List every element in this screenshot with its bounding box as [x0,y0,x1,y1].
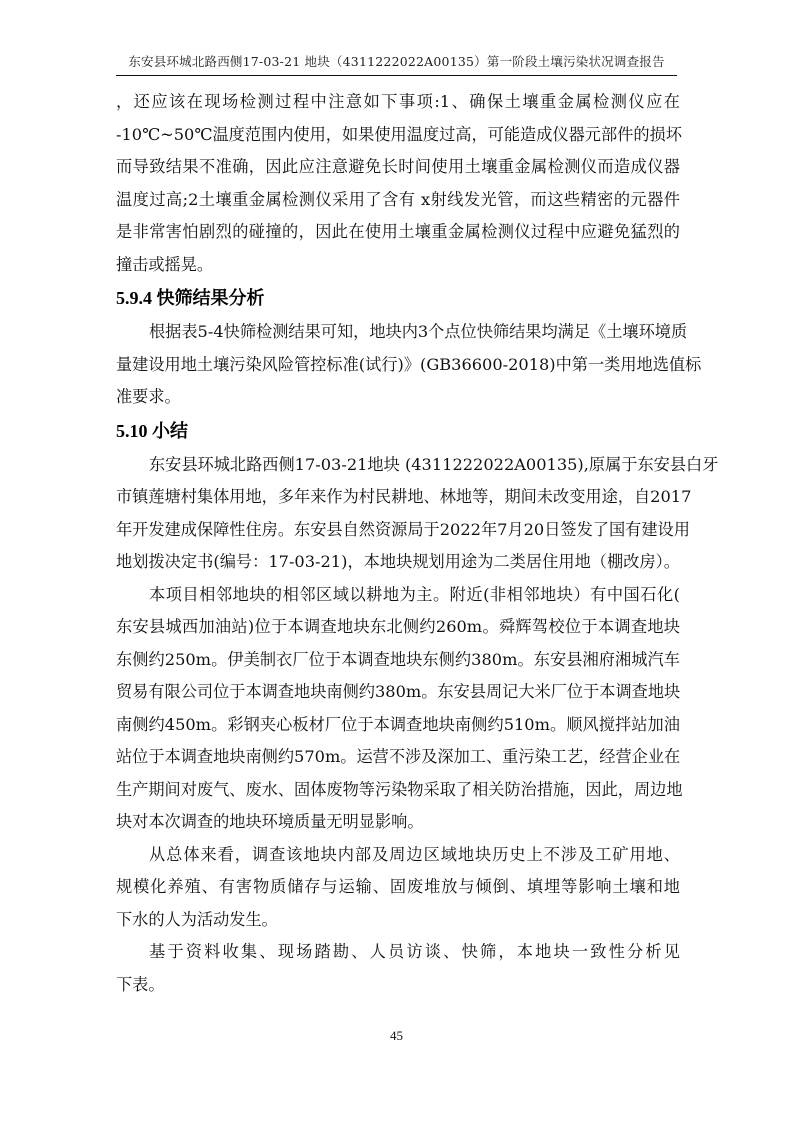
text-line: 规模化养殖、有害物质储存与运输、固废堆放与倾倒、填埋等影响土壤和地 [116,871,680,904]
running-header: 东安县环城北路西侧17-03-21 地块（4311222022A00135）第一… [116,52,677,70]
section-heading-5-10: 5.10 小结 [116,414,680,449]
text-line: 东侧约250m。伊美制衣厂位于本调查地块东侧约380m。东安县湘府湘城汽车 [116,644,680,677]
text-line: 本项目相邻地块的相邻区域以耕地为主。附近(非相邻地块）有中国石化( [116,579,680,612]
text-line: 是非常害怕剧烈的碰撞的，因此在使用土壤重金属检测仪过程中应避免猛烈的 [116,216,680,249]
quick-screen-paragraph: 根据表5-4快筛检测结果可知，地块内3个点位快筛结果均满足《土壤环境质 量建设用… [116,316,680,414]
header-divider [116,75,677,76]
intro-paragraph: ，还应该在现场检测过程中注意如下事项:1、确保土壤重金属检测仪应在 -10℃~5… [116,86,680,281]
text-line: 基于资料收集、现场踏勘、人员访谈、快筛，本地块一致性分析见 [116,936,680,969]
text-line: 东安县环城北路西侧17-03-21地块 (4311222022A00135),原… [116,449,680,482]
text-line: 地划拨决定书(编号：17-03-21)，本地块规划用途为二类居住用地（棚改房）。 [116,546,680,579]
text-line: 从总体来看，调查该地块内部及周边区域地块历史上不涉及工矿用地、 [116,839,680,872]
text-line: 下表。 [116,969,680,1002]
summary-paragraph-1: 东安县环城北路西侧17-03-21地块 (4311222022A00135),原… [116,449,680,579]
text-line: 温度过高;2土壤重金属检测仪采用了含有 x射线发光管，而这些精密的元器件 [116,184,680,217]
text-line: 下水的人为活动发生。 [116,904,680,937]
text-line: ，还应该在现场检测过程中注意如下事项:1、确保土壤重金属检测仪应在 [116,86,680,119]
text-line: 块对本次调查的地块环境质量无明显影响。 [116,806,680,839]
text-line: 年开发建成保障性住房。东安县自然资源局于2022年7月20日签发了国有建设用 [116,514,680,547]
text-line: 量建设用地土壤污染风险管控标准(试行)》(GB36600-2018)中第一类用地… [116,349,680,382]
summary-paragraph-2: 本项目相邻地块的相邻区域以耕地为主。附近(非相邻地块）有中国石化( 东安县城西加… [116,579,680,839]
text-line: 东安县城西加油站)位于本调查地块东北侧约260m。舜辉驾校位于本调查地块 [116,611,680,644]
section-heading-5-9-4: 5.9.4 快筛结果分析 [116,281,680,316]
summary-paragraph-4: 基于资料收集、现场踏勘、人员访谈、快筛，本地块一致性分析见 下表。 [116,936,680,1001]
text-line: -10℃~50℃温度范围内使用，如果使用温度过高，可能造成仪器元部件的损坏 [116,119,680,152]
text-line: 站位于本调查地块南侧约570m。运营不涉及深加工、重污染工艺，经营企业在 [116,741,680,774]
text-line: 贸易有限公司位于本调查地块南侧约380m。东安县周记大米厂位于本调查地块 [116,676,680,709]
summary-paragraph-3: 从总体来看，调查该地块内部及周边区域地块历史上不涉及工矿用地、 规模化养殖、有害… [116,839,680,937]
text-line: 而导致结果不准确，因此应注意避免长时间使用土壤重金属检测仪而造成仪器 [116,151,680,184]
page-body: ，还应该在现场检测过程中注意如下事项:1、确保土壤重金属检测仪应在 -10℃~5… [116,86,680,1001]
text-line: 南侧约450m。彩钢夹心板材厂位于本调查地块南侧约510m。顺风搅拌站加油 [116,709,680,742]
page-number: 45 [0,1028,793,1044]
text-line: 市镇莲塘村集体用地，多年来作为村民耕地、林地等，期间未改变用途，自2017 [116,481,680,514]
text-line: 撞击或摇晃。 [116,249,680,282]
text-line: 生产期间对废气、废水、固体废物等污染物采取了相关防治措施，因此，周边地 [116,774,680,807]
text-line: 准要求。 [116,381,680,414]
text-line: 根据表5-4快筛检测结果可知，地块内3个点位快筛结果均满足《土壤环境质 [116,316,680,349]
